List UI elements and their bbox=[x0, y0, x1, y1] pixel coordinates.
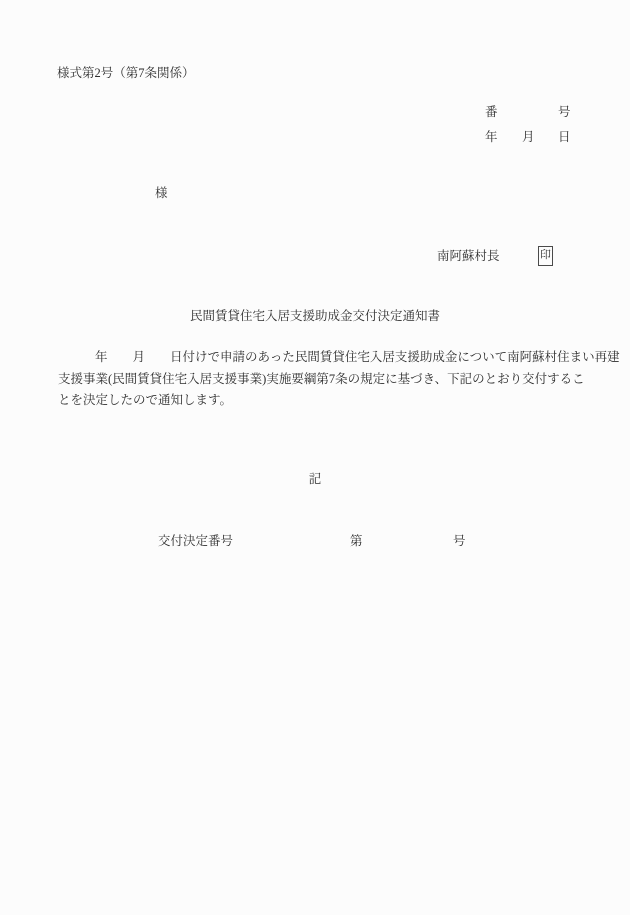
reference-number-label: 番 bbox=[485, 105, 498, 120]
recipient-honorific: 様 bbox=[155, 186, 168, 201]
body-paragraph-line-2: 支援事業(民間賃貸住宅入居支援事業)実施要綱第7条の規定に基づき、下記のとおり交… bbox=[58, 372, 578, 387]
seal-character: 印 bbox=[540, 249, 551, 262]
document-title: 民間賃貸住宅入居支援助成金交付決定通知書 bbox=[0, 309, 630, 324]
grant-number-suffix: 号 bbox=[453, 534, 466, 549]
date-day-label: 日 bbox=[558, 130, 571, 145]
grant-number-prefix: 第 bbox=[350, 534, 363, 549]
body-paragraph-line-1: 年 月 日付けで申請のあった民間賃貸住宅入居支援助成金について南阿蘇村住まい再建 bbox=[58, 350, 615, 365]
date-year-label: 年 bbox=[485, 130, 498, 145]
date-month-label: 月 bbox=[522, 130, 535, 145]
reference-number-suffix: 号 bbox=[558, 105, 571, 120]
grant-decision-number-label: 交付決定番号 bbox=[158, 534, 233, 549]
official-notice-document: 様式第2号（第7条関係） 番 号 年 月 日 様 南阿蘇村長 印 民間賃貸住宅入… bbox=[0, 0, 630, 915]
body-paragraph-line-3: とを決定したので通知します。 bbox=[58, 393, 578, 408]
form-number: 様式第2号（第7条関係） bbox=[57, 66, 195, 81]
sender-title: 南阿蘇村長 bbox=[437, 249, 500, 264]
record-section-marker: 記 bbox=[0, 472, 630, 487]
seal-stamp-box: 印 bbox=[538, 246, 553, 266]
